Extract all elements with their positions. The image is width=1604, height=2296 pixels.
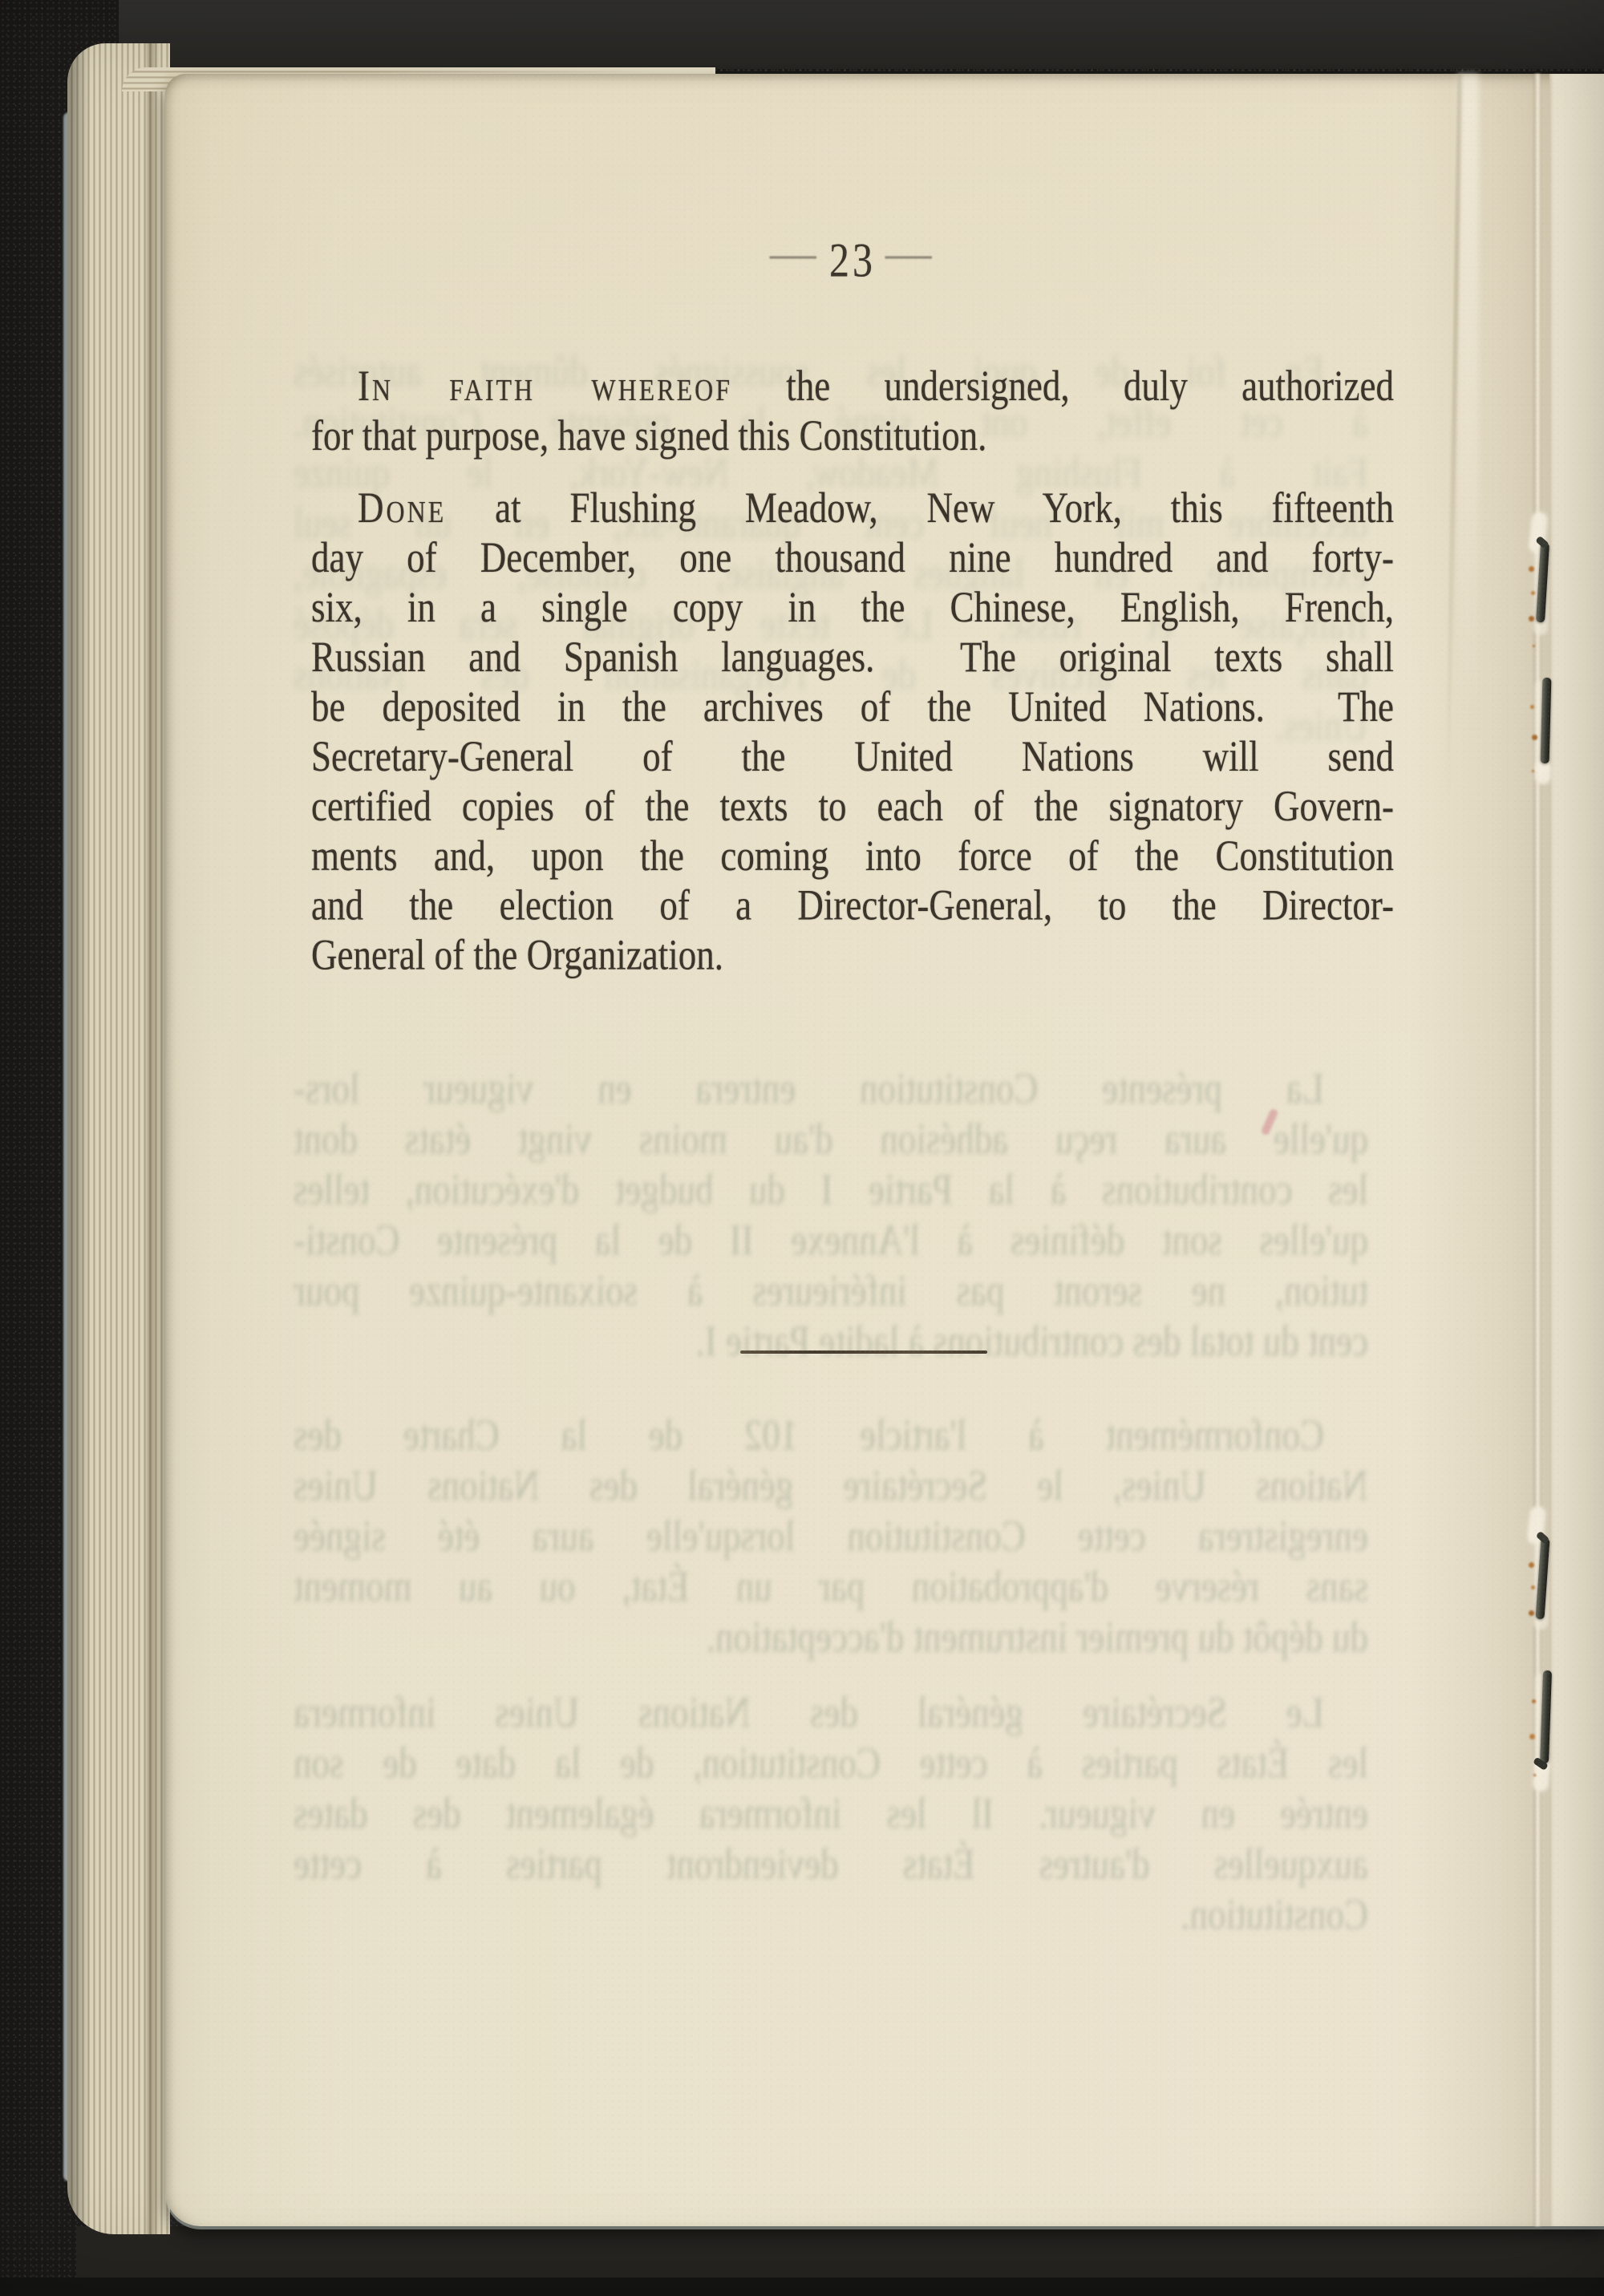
bleed-through-text: Le Secrétaire général des Nations Unies … [294,1687,1368,1940]
page-number-value: 23 [829,233,876,286]
page-number: —23— [311,231,1394,289]
text-line: qu'elle aura reçu adhésion d'au moins vi… [294,1114,1368,1164]
text-line: les États parties à cette Constitution, … [294,1738,1368,1788]
page-number-dash-left: — [770,223,820,281]
background-bottom-edge [0,2278,1604,2296]
text-line: sans réserve d'approbation par un État, … [294,1561,1368,1612]
adjacent-page-edge [1549,74,1604,2226]
text-line: General of the Organization. [311,930,1394,980]
text-line: Secretary-General of the United Nations … [311,731,1394,781]
scanned-book-photo: En foi de quoi, les soussignés, dûment a… [0,0,1604,2296]
text-line: six, in a single copy in the Chinese, En… [311,582,1394,632]
text-line: cent du total des contributions à ladite… [294,1316,1368,1367]
text-line: Conformément à l'article 102 de la Chart… [294,1410,1368,1460]
book-page: En foi de quoi, les soussignés, dûment a… [165,74,1604,2226]
paper-crease-highlight [1458,74,1479,731]
text-line: ments and, upon the coming into force of… [311,831,1394,881]
text-line: Constitution. [294,1889,1368,1940]
text-line: Russian and Spanish languages. The origi… [311,632,1394,682]
gutter-shadow [1408,74,1553,2226]
text-line: day of December, one thousand nine hundr… [311,532,1394,582]
bleed-through-text: La présente Constitution entrera en vigu… [294,1063,1368,1367]
small-caps-lead: Done [358,484,446,532]
text-line: Le Secrétaire général des Nations Unies … [294,1687,1368,1738]
bleed-through-text: Conformément à l'article 102 de la Chart… [294,1410,1368,1662]
small-caps-lead: In faith whereof [358,362,732,410]
text-line: Nations Unies, le Secrétaire général des… [294,1460,1368,1511]
page-number-dash-right: — [885,223,935,281]
text-line: auxquelles d'autres États deviendront pa… [294,1839,1368,1889]
rust-stain [1529,1562,1534,1568]
text-line: tution, ne seront pas inférieures à soix… [294,1265,1368,1316]
text-line: La présente Constitution entrera en vigu… [294,1063,1368,1114]
text-line: certified copies of the texts to each of… [311,781,1394,831]
text-line: In faith whereof the undersigned, duly a… [311,361,1394,411]
paragraph-in-faith-whereof: In faith whereof the undersigned, duly a… [311,361,1394,460]
section-divider-rule [740,1350,987,1354]
rust-stain [1529,566,1534,572]
paragraph-done-at-flushing-meadow: Done at Flushing Meadow, New York, this … [311,483,1394,980]
text-line: for that purpose, have signed this Const… [311,411,1394,460]
text-line: du dépôt du premier instrument d'accepta… [294,1612,1368,1662]
background-top-band [119,0,1604,69]
text-line: and the election of a Director-General, … [311,881,1394,930]
gutter-fold-line [1533,74,1541,2226]
text-line: qu'elles sont définies à l'Annexe II de … [294,1215,1368,1265]
staple-slit [1535,760,1551,784]
text-line: les contributions à la Partie I du budge… [294,1164,1368,1215]
text-line: Done at Flushing Meadow, New York, this … [311,483,1394,532]
page-edge-stack [67,43,170,2234]
text-line: be deposited in the archives of the Unit… [311,682,1394,731]
text-line: entrée en vigueur. Il les informera égal… [294,1788,1368,1839]
text-line: enregistrera cette Constitution lorsqu'e… [294,1511,1368,1561]
